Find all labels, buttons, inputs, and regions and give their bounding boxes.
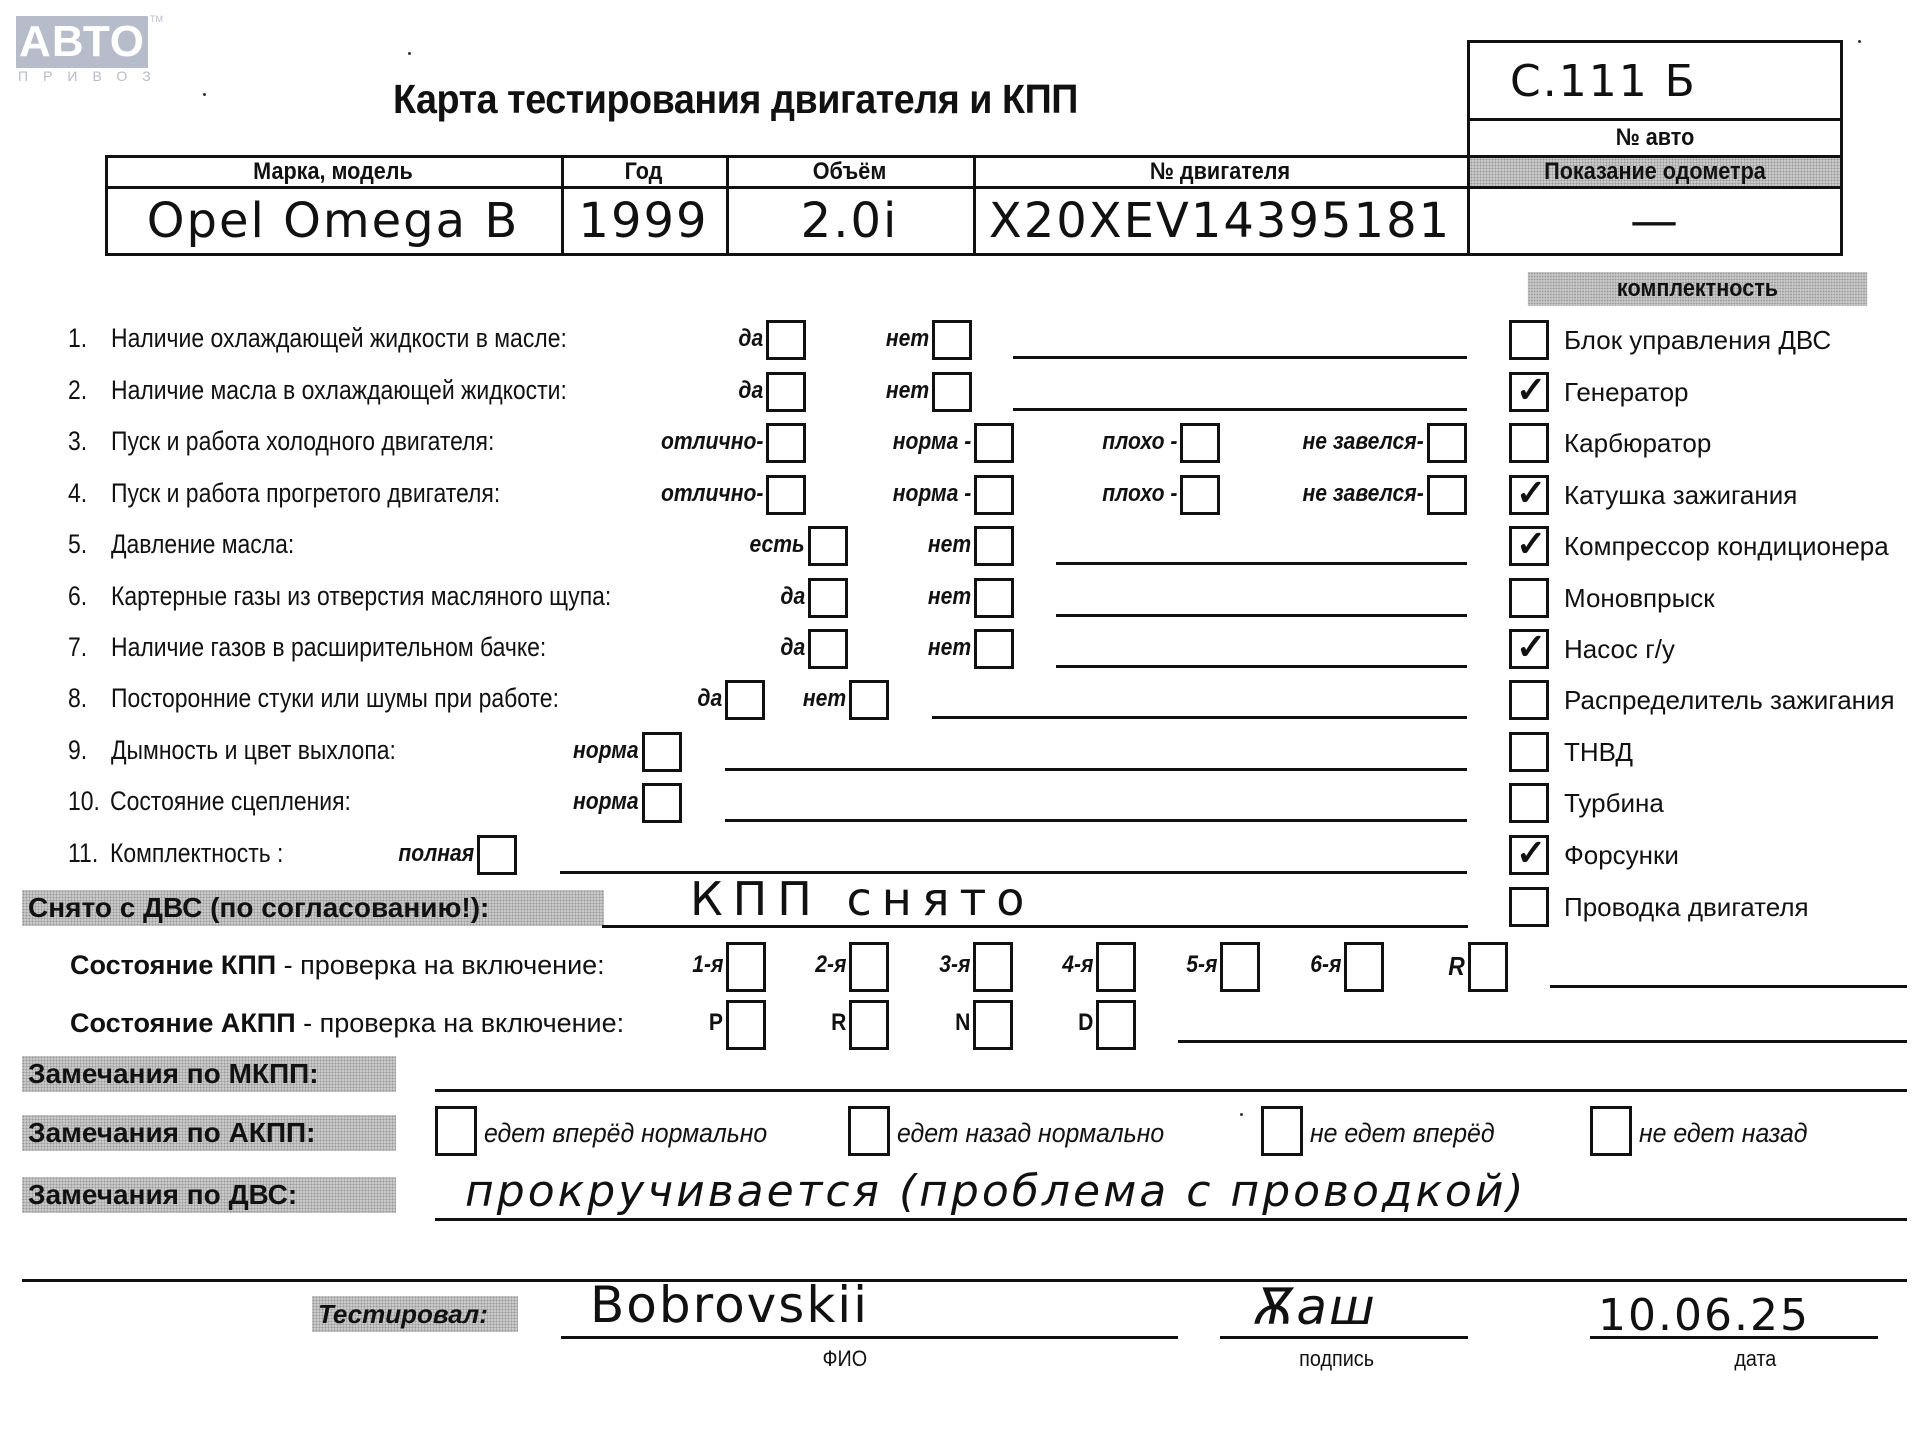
completeness-item[interactable]: Компрессор кондиционера [1509, 526, 1909, 568]
gear-checkbox[interactable] [1344, 942, 1384, 992]
completeness-item[interactable]: Форсунки [1509, 835, 1909, 877]
remarks-mkpp-label: Замечания по МКПП: [22, 1056, 396, 1092]
akpp-remark-checkbox[interactable] [848, 1106, 890, 1156]
option-checkbox[interactable] [974, 423, 1014, 463]
option-checkbox[interactable] [974, 629, 1014, 669]
header-year: Год [569, 156, 718, 187]
question-text: Давление масла: [111, 529, 294, 560]
completeness-label: Распределитель зажигания [1564, 685, 1895, 716]
option-label: есть [750, 531, 805, 559]
option-label: да [738, 377, 763, 405]
completeness-header: комплектность [1528, 272, 1867, 306]
completeness-item[interactable]: Катушка зажигания [1509, 475, 1909, 517]
auto-gearbox-label-bold: Состояние АКПП [70, 1008, 296, 1038]
akpp-position-label: R [831, 1009, 846, 1037]
tester-name[interactable]: Bobrovskii [590, 1276, 869, 1334]
akpp-position-label: N [955, 1009, 970, 1037]
gear-label: 4-я [1062, 951, 1093, 979]
removed-value[interactable]: КПП снято [690, 872, 1034, 926]
question-text: Комплектность : [110, 838, 283, 869]
option-checkbox[interactable] [974, 526, 1014, 566]
option-label: плохо - [1102, 428, 1177, 456]
completeness-checkbox[interactable] [1509, 629, 1549, 669]
question-notes-line[interactable] [1013, 356, 1467, 359]
header-engine-number: № двигателя [998, 156, 1443, 187]
signature-caption: подпись [1299, 1346, 1374, 1372]
completeness-label: Форсунки [1564, 840, 1679, 871]
question-text: Состояние сцепления: [110, 786, 351, 817]
option-checkbox[interactable] [766, 320, 806, 360]
option-label: нет [928, 634, 971, 662]
completeness-label: ТНВД [1564, 737, 1633, 768]
completeness-item[interactable]: Моновпрыск [1509, 578, 1909, 620]
gear-checkbox[interactable] [973, 942, 1013, 992]
car-number-label: № авто [1486, 122, 1824, 153]
completeness-label: Насос г/у [1564, 634, 1675, 665]
completeness-checkbox[interactable] [1509, 680, 1549, 720]
option-label: норма [573, 737, 639, 765]
manual-gearbox-label-bold: Состояние КПП [70, 950, 276, 980]
option-label: полная [398, 840, 474, 868]
option-label: нет [886, 377, 929, 405]
akpp-position-checkbox[interactable] [1096, 1000, 1136, 1050]
option-label: да [697, 685, 722, 713]
question-text: Наличие охлаждающей жидкости в масле: [111, 323, 567, 354]
completeness-label: Катушка зажигания [1564, 480, 1797, 511]
completeness-label: Турбина [1564, 788, 1664, 819]
completeness-item[interactable]: ТНВД [1509, 732, 1909, 774]
completeness-checkbox[interactable] [1509, 372, 1549, 412]
option-checkbox[interactable] [725, 680, 765, 720]
gear-checkbox[interactable] [726, 942, 766, 992]
akpp-position-label: P [709, 1009, 723, 1037]
gear-checkbox[interactable] [1096, 942, 1136, 992]
question-text: Дымность и цвет выхлопа: [111, 735, 396, 766]
completeness-item[interactable]: Карбюратор [1509, 423, 1909, 465]
test-date[interactable]: 10.06.25 [1598, 1290, 1810, 1341]
manual-gearbox-label-rest: - проверка на включение: [276, 950, 605, 980]
brand-logo-subtitle: ПРИВОЗ [18, 68, 150, 84]
auto-gearbox-label-rest: - проверка на включение: [296, 1008, 625, 1038]
scan-speck [1858, 40, 1861, 43]
gear-label: 5-я [1186, 951, 1217, 979]
manual-gearbox-label: Состояние КПП - проверка на включение: [70, 950, 605, 981]
question-notes-line[interactable] [725, 819, 1467, 822]
completeness-item[interactable]: Генератор [1509, 372, 1909, 414]
option-checkbox[interactable] [1180, 475, 1220, 515]
remarks-dvs-line [435, 1218, 1907, 1221]
removed-label: Снято с ДВС (по согласованию!): [22, 890, 604, 926]
option-checkbox[interactable] [808, 526, 848, 566]
question-number: 9. [68, 735, 87, 766]
completeness-checkbox[interactable] [1509, 732, 1549, 772]
tester-name-caption: ФИО [822, 1346, 867, 1372]
gear-checkbox[interactable] [1220, 942, 1260, 992]
option-label: да [780, 583, 805, 611]
question-notes-line[interactable] [1056, 614, 1467, 617]
question-notes-line[interactable] [932, 716, 1467, 719]
option-checkbox[interactable] [1180, 423, 1220, 463]
akpp-position-label: D [1078, 1009, 1093, 1037]
akpp-remark-checkbox[interactable] [1590, 1106, 1632, 1156]
completeness-checkbox[interactable] [1509, 423, 1549, 463]
remarks-dvs-value[interactable]: прокручивается (проблема с проводкой) [465, 1166, 1527, 1217]
question-number: 11. [68, 838, 98, 869]
option-label: норма - [892, 480, 971, 508]
completeness-item[interactable]: Турбина [1509, 783, 1909, 825]
completeness-checkbox[interactable] [1509, 320, 1549, 360]
question-number: 3. [68, 426, 87, 457]
signature-line [1220, 1336, 1468, 1339]
value-make-model[interactable]: Opel Omega B [105, 192, 561, 250]
brand-logo: АВТО [16, 16, 148, 68]
gear-checkbox[interactable] [849, 942, 889, 992]
value-odometer[interactable]: — [1467, 192, 1843, 250]
completeness-checkbox[interactable] [1509, 578, 1549, 618]
date-caption: дата [1734, 1346, 1776, 1372]
value-engine-number[interactable]: X20XEV14395181 [973, 192, 1467, 250]
auto-gearbox-line [1178, 1040, 1907, 1043]
question-number: 8. [68, 683, 87, 714]
header-odometer: Показание одометра [1486, 156, 1824, 187]
question-text: Наличие газов в расширительном бачке: [111, 632, 546, 663]
completeness-item[interactable]: Насос г/у [1509, 629, 1909, 671]
completeness-label: Блок управления ДВС [1564, 325, 1831, 356]
option-checkbox[interactable] [932, 320, 972, 360]
option-label: да [738, 325, 763, 353]
option-label: нет [803, 685, 846, 713]
completeness-label: Генератор [1564, 377, 1689, 408]
trademark-mark: TM [150, 14, 163, 24]
auto-gearbox-label: Состояние АКПП - проверка на включение: [70, 1008, 624, 1039]
value-year[interactable]: 1999 [561, 192, 726, 250]
option-label: норма - [892, 428, 971, 456]
option-checkbox[interactable] [642, 783, 682, 823]
question-notes-line[interactable] [1013, 408, 1467, 411]
option-label: норма [573, 788, 639, 816]
option-checkbox[interactable] [932, 372, 972, 412]
remarks-akpp-label: Замечания по АКПП: [22, 1115, 396, 1151]
gear-checkbox[interactable] [1468, 942, 1508, 992]
completeness-label: Карбюратор [1564, 428, 1711, 459]
value-volume[interactable]: 2.0i [726, 192, 973, 250]
option-label: плохо - [1102, 480, 1177, 508]
completeness-label: Компрессор кондиционера [1564, 531, 1889, 562]
scan-speck [1240, 1113, 1243, 1116]
akpp-remark-label: едет вперёд нормально [484, 1118, 767, 1149]
question-number: 7. [68, 632, 87, 663]
question-text: Посторонние стуки или шумы при работе: [111, 683, 559, 714]
signoff-divider [22, 1279, 1907, 1282]
completeness-checkbox[interactable] [1509, 887, 1549, 927]
gear-label: 2-я [815, 951, 846, 979]
question-text: Пуск и работа прогретого двигателя: [111, 478, 500, 509]
remarks-dvs-label: Замечания по ДВС: [22, 1177, 396, 1213]
manual-gearbox-line [1550, 985, 1907, 988]
option-checkbox[interactable] [808, 629, 848, 669]
question-number: 2. [68, 375, 87, 406]
question-text: Картерные газы из отверстия масляного щу… [111, 581, 611, 612]
option-label: нет [886, 325, 929, 353]
gear-label: R [1448, 951, 1465, 982]
completeness-checkbox[interactable] [1509, 835, 1549, 875]
gear-label: 3-я [939, 951, 970, 979]
option-checkbox[interactable] [974, 475, 1014, 515]
question-number: 6. [68, 581, 87, 612]
header-volume: Объём [738, 156, 960, 187]
option-checkbox[interactable] [1427, 423, 1467, 463]
akpp-remark-checkbox[interactable] [435, 1106, 477, 1156]
option-checkbox[interactable] [766, 475, 806, 515]
question-number: 5. [68, 529, 87, 560]
option-checkbox[interactable] [849, 680, 889, 720]
option-label: да [780, 634, 805, 662]
scan-speck [408, 52, 411, 55]
car-number-value[interactable]: С.111 Б [1510, 56, 1697, 107]
car-number-divider [1467, 118, 1843, 121]
option-label: не завелся- [1303, 428, 1424, 456]
option-checkbox[interactable] [808, 578, 848, 618]
completeness-checkbox[interactable] [1509, 526, 1549, 566]
tester-name-line [561, 1336, 1178, 1339]
akpp-remark-checkbox[interactable] [1261, 1106, 1303, 1156]
question-text: Пуск и работа холодного двигателя: [111, 426, 494, 457]
question-notes-line[interactable] [1056, 562, 1467, 565]
option-label: нет [928, 583, 971, 611]
question-number: 1. [68, 323, 87, 354]
completeness-label: Проводка двигателя [1564, 892, 1809, 923]
completeness-checkbox[interactable] [1509, 783, 1549, 823]
gear-label: 1-я [692, 951, 723, 979]
question-number: 10. [68, 786, 100, 817]
completeness-checkbox[interactable] [1509, 475, 1549, 515]
completeness-label: Моновпрыск [1564, 583, 1715, 614]
completeness-item[interactable]: Блок управления ДВС [1509, 320, 1909, 362]
option-checkbox[interactable] [477, 835, 517, 875]
option-checkbox[interactable] [1427, 475, 1467, 515]
option-label: отлично- [661, 428, 763, 456]
option-label: не завелся- [1303, 480, 1424, 508]
option-label: нет [928, 531, 971, 559]
remarks-mkpp-line[interactable] [435, 1089, 1907, 1092]
date-line [1590, 1336, 1878, 1339]
question-notes-line[interactable] [1056, 665, 1467, 668]
completeness-item[interactable]: Распределитель зажигания [1509, 680, 1909, 722]
akpp-position-checkbox[interactable] [726, 1000, 766, 1050]
akpp-remark-label: не едет вперёд [1310, 1118, 1495, 1149]
scan-speck [203, 93, 206, 96]
akpp-remark-label: едет назад нормально [897, 1118, 1164, 1149]
page-title: Карта тестирования двигателя и КПП [393, 76, 1078, 123]
question-notes-line[interactable] [725, 768, 1467, 771]
tester-signature[interactable]: Ѫаш [1255, 1278, 1377, 1336]
option-checkbox[interactable] [642, 732, 682, 772]
akpp-position-checkbox[interactable] [973, 1000, 1013, 1050]
option-checkbox[interactable] [766, 372, 806, 412]
gear-label: 6-я [1310, 951, 1341, 979]
header-make-model: Марка, модель [128, 156, 538, 187]
completeness-item[interactable]: Проводка двигателя [1509, 887, 1909, 929]
option-checkbox[interactable] [766, 423, 806, 463]
akpp-remark-label: не едет назад [1639, 1118, 1808, 1149]
option-label: отлично- [661, 480, 763, 508]
tested-by-label: Тестировал: [312, 1296, 518, 1332]
question-number: 4. [68, 478, 87, 509]
option-checkbox[interactable] [974, 578, 1014, 618]
akpp-position-checkbox[interactable] [849, 1000, 889, 1050]
question-text: Наличие масла в охлаждающей жидкости: [111, 375, 567, 406]
